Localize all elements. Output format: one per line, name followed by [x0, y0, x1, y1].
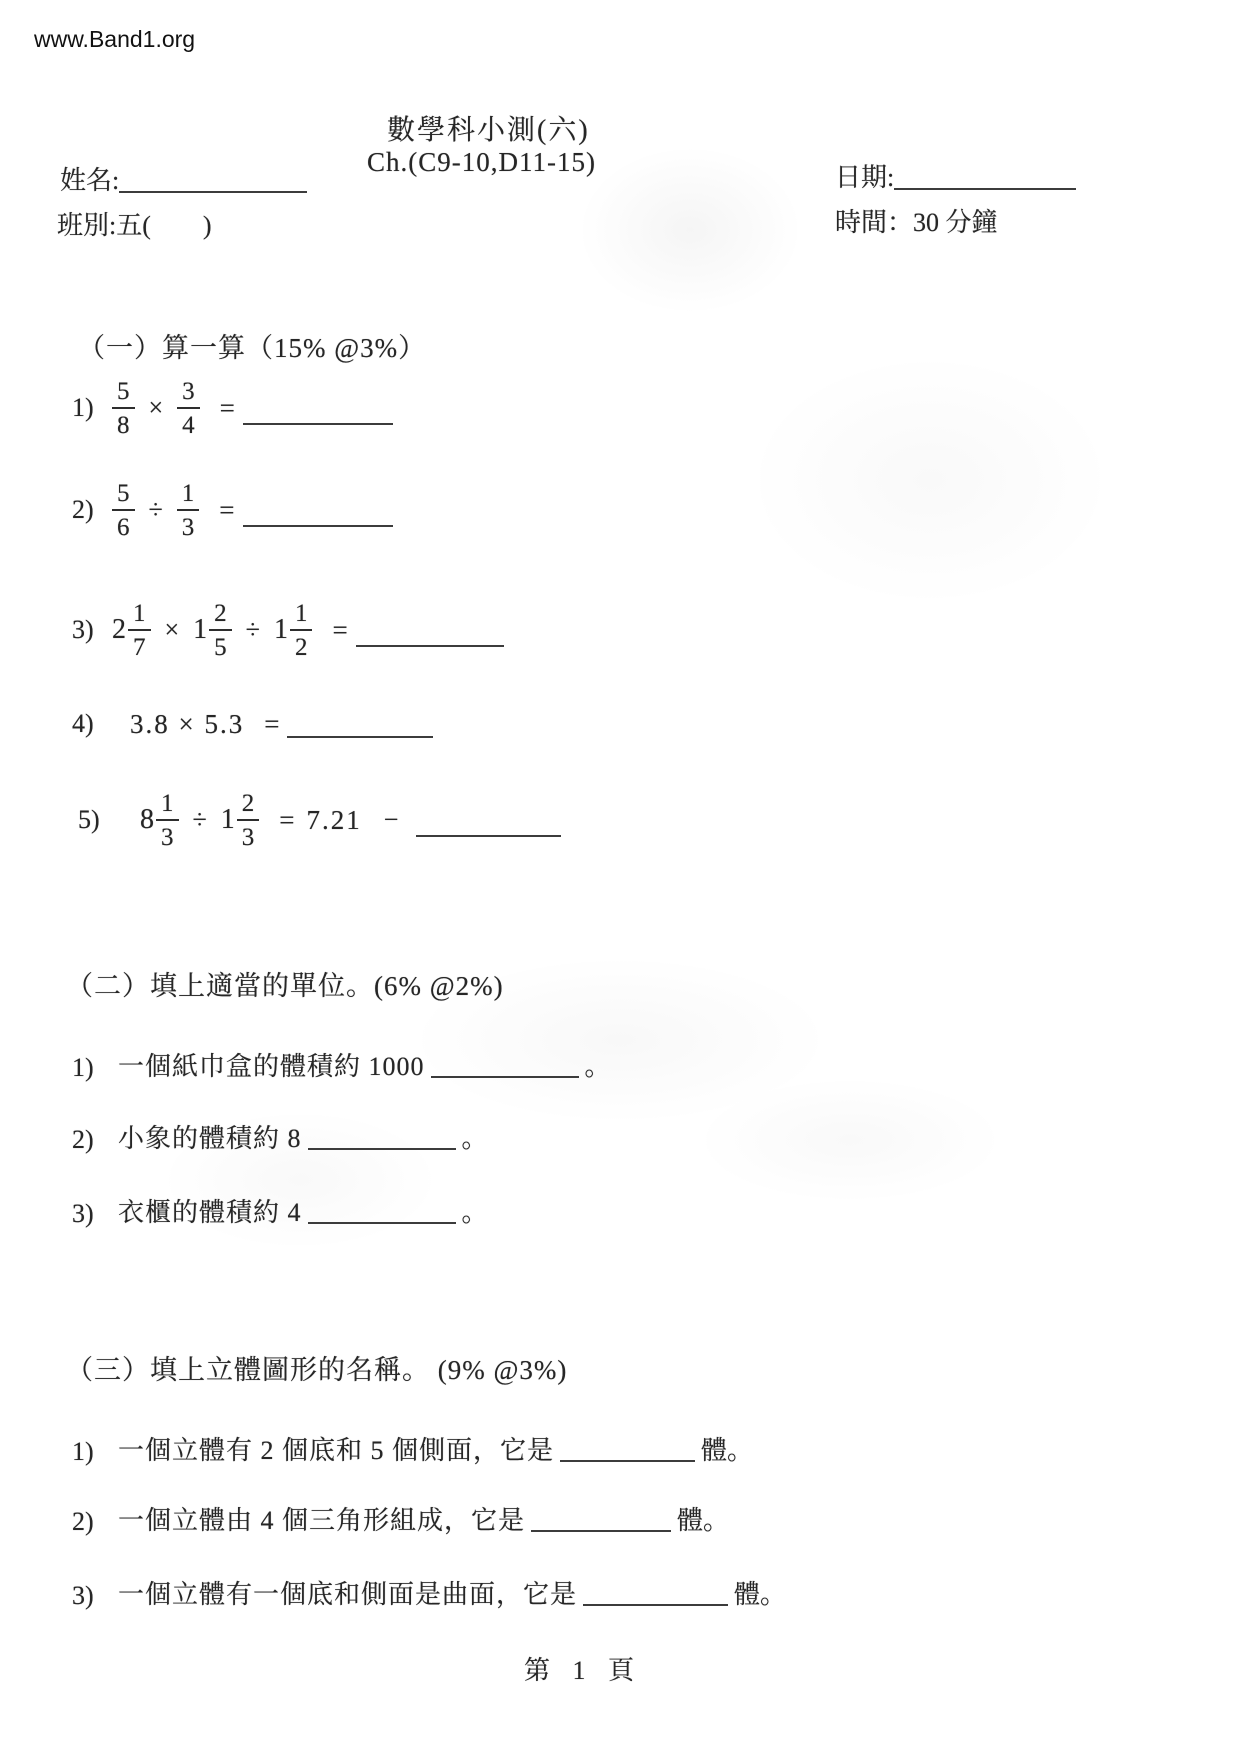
answer-blank [308, 1220, 456, 1224]
whole-part: 2 [112, 614, 126, 646]
question-row: 3) 衣櫃的體積約 4 。 [72, 1192, 488, 1229]
fraction: 12 [290, 601, 313, 660]
question-suffix: 體。 [734, 1574, 786, 1611]
date-label: 日期: [835, 157, 894, 194]
numerator: 1 [177, 481, 200, 511]
answer-blank [287, 734, 433, 738]
question-suffix: 。 [585, 1046, 611, 1083]
chapter-subtitle: Ch.(C9-10,D11-15) [367, 147, 596, 178]
mixed-number: 1 12 [274, 601, 313, 660]
class-label: 班別:五( ) [57, 205, 212, 242]
question-number: 1) [72, 1053, 118, 1083]
time-field: 時間：30 分鐘 [835, 202, 998, 239]
class-field: 班別:五( ) [57, 205, 212, 242]
whole-part: 1 [274, 614, 288, 646]
numerator: 1 [290, 601, 313, 631]
fraction: 13 [177, 481, 200, 540]
section3-heading: （三）填上立體圖形的名稱。 (9% @3%) [66, 1348, 567, 1387]
mixed-number: 1 25 [193, 601, 232, 660]
question-text: 小象的體積約 8 [118, 1118, 302, 1155]
numerator: 5 [112, 481, 135, 511]
equals-sign: = [220, 393, 235, 424]
numerator: 2 [237, 791, 260, 821]
name-field: 姓名: [60, 160, 307, 197]
whole-part: 1 [221, 804, 235, 836]
answer-blank [531, 1528, 671, 1532]
numerator: 1 [156, 791, 179, 821]
fraction: 13 [156, 791, 179, 850]
question-suffix: 。 [462, 1118, 488, 1155]
problem-number: 1) [72, 393, 112, 423]
equals-sign: = [219, 495, 234, 526]
question-row: 2) 小象的體積約 8 。 [72, 1118, 488, 1155]
whole-part: 1 [193, 614, 207, 646]
name-label: 姓名: [60, 160, 119, 197]
numerator: 1 [128, 601, 151, 631]
equals-sign: = [279, 805, 294, 836]
problem-3: 3) 2 17 × 1 25 ÷ 1 12 = [72, 592, 504, 668]
name-blank [119, 189, 307, 193]
scanned-worksheet-page: www.Band1.org 數學科小測(六) Ch.(C9-10,D11-15)… [0, 0, 1240, 1754]
whole-part: 8 [140, 804, 154, 836]
question-text: 一個立體由 4 個三角形組成，它是 [118, 1500, 525, 1537]
answer-blank [583, 1602, 728, 1606]
denominator: 7 [128, 631, 151, 660]
fraction: 34 [177, 379, 200, 438]
expression: 3.8 × 5.3 [130, 709, 244, 740]
question-suffix: 。 [462, 1192, 488, 1229]
denominator: 4 [177, 409, 200, 438]
answer-blank [431, 1074, 579, 1078]
equals-sign: = [332, 615, 347, 646]
section2-heading: （二）填上適當的單位。(6% @2%) [66, 964, 504, 1003]
question-number: 2) [72, 1125, 118, 1155]
question-text: 一個立體有 2 個底和 5 個側面，它是 [118, 1430, 554, 1467]
minus-operator: − [384, 805, 399, 835]
fraction: 17 [128, 601, 151, 660]
question-number: 2) [72, 1507, 118, 1537]
date-field: 日期: [835, 157, 1076, 194]
divide-operator: ÷ [193, 805, 207, 835]
watermark: www.Band1.org [34, 26, 195, 53]
denominator: 3 [177, 511, 200, 540]
section1-heading: （一）算一算（15% @3%） [78, 326, 426, 365]
question-text: 衣櫃的體積約 4 [118, 1192, 302, 1229]
denominator: 5 [209, 631, 232, 660]
problem-2: 2) 56 ÷ 13 = [72, 472, 393, 548]
denominator: 8 [112, 409, 135, 438]
answer-blank [416, 833, 561, 837]
problem-number: 5) [78, 805, 140, 835]
question-row: 3) 一個立體有一個底和側面是曲面，它是 體。 [72, 1574, 786, 1611]
question-text: 一個紙巾盒的體積約 1000 [118, 1046, 425, 1083]
fraction: 58 [112, 379, 135, 438]
fraction: 56 [112, 481, 135, 540]
date-blank [894, 186, 1076, 190]
numerator: 2 [209, 601, 232, 631]
time-label: 時間：30 分鐘 [835, 202, 998, 239]
multiply-operator: × [165, 615, 180, 645]
numerator: 5 [112, 379, 135, 409]
answer-blank [356, 643, 504, 647]
answer-blank [243, 421, 393, 425]
denominator: 2 [290, 631, 313, 660]
answer-blank [243, 523, 393, 527]
divide-operator: ÷ [149, 495, 163, 525]
divide-operator: ÷ [246, 615, 260, 645]
page-title: 數學科小測(六) [387, 108, 590, 148]
question-suffix: 體。 [701, 1430, 753, 1467]
fraction: 23 [237, 791, 260, 850]
equals-sign: = [264, 709, 279, 740]
question-text: 一個立體有一個底和側面是曲面，它是 [118, 1574, 577, 1611]
multiply-operator: × [149, 393, 164, 423]
denominator: 6 [112, 511, 135, 540]
numerator: 3 [177, 379, 200, 409]
answer-blank [560, 1458, 695, 1462]
answer-blank [308, 1146, 456, 1150]
decimal-value: 7.21 [307, 805, 362, 836]
mixed-number: 8 13 [140, 791, 179, 850]
question-suffix: 體。 [677, 1500, 729, 1537]
question-row: 2) 一個立體由 4 個三角形組成，它是 體。 [72, 1500, 729, 1537]
denominator: 3 [156, 821, 179, 850]
fraction: 25 [209, 601, 232, 660]
problem-5: 5) 8 13 ÷ 1 23 = 7.21 − [78, 782, 561, 858]
mixed-number: 1 23 [221, 791, 260, 850]
mixed-number: 2 17 [112, 601, 151, 660]
problem-4: 4) 3.8 × 5.3 = [72, 702, 433, 746]
question-number: 1) [72, 1437, 118, 1467]
question-row: 1) 一個立體有 2 個底和 5 個側面，它是 體。 [72, 1430, 753, 1467]
question-number: 3) [72, 1581, 118, 1611]
question-number: 3) [72, 1199, 118, 1229]
problem-number: 3) [72, 615, 112, 645]
problem-1: 1) 58 × 34 = [72, 370, 393, 446]
problem-number: 2) [72, 495, 112, 525]
denominator: 3 [237, 821, 260, 850]
page-number-footer: 第 1 頁 [524, 1650, 642, 1687]
problem-number: 4) [72, 709, 130, 739]
question-row: 1) 一個紙巾盒的體積約 1000 。 [72, 1046, 611, 1083]
